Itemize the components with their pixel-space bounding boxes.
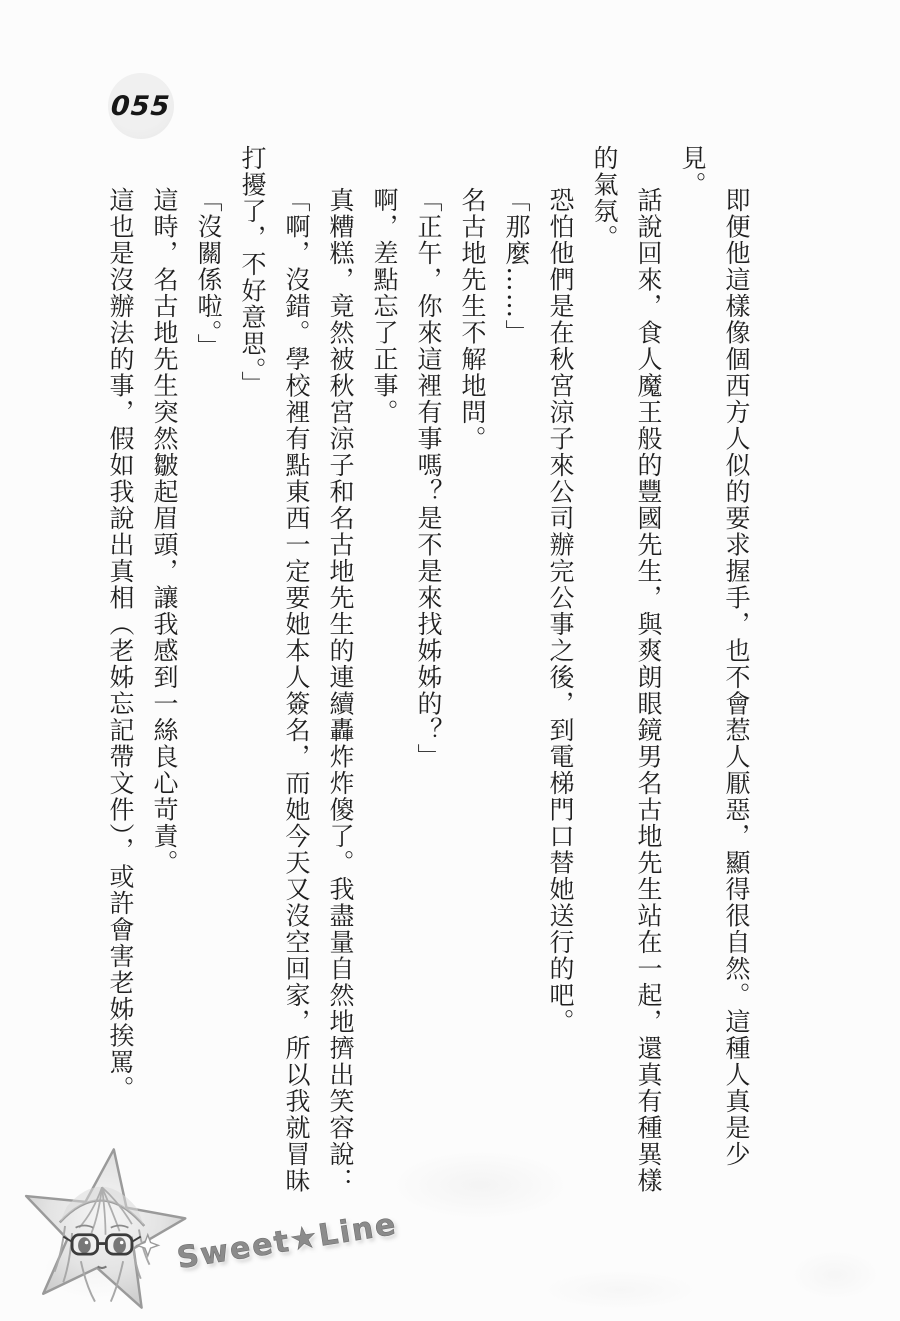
text-column: 恐怕他們是在秋宮涼子來公司辦完公事之後，到電梯門口替她送行的吧。 [538,145,582,1217]
text-column: 「沒關係啦。」 [186,145,230,1217]
book-page: 055 即便他這樣像個西方人似的要求握手，也不會惹人厭惡，顯得很自然。這種人真是… [0,0,900,1321]
text-column: 的氣氛。 [582,145,626,1175]
scan-smudge [790,1250,880,1300]
text-column: 「正午，你來這裡有事嗎？是不是來找姊姊的？」 [406,145,450,1217]
vertical-text-block: 即便他這樣像個西方人似的要求握手，也不會惹人厭惡，顯得很自然。這種人真是少見。話… [98,145,758,1175]
text-column: 打擾了，不好意思。」 [230,145,274,1175]
text-column: 名古地先生不解地問。 [450,145,494,1217]
sweet-line-logo: Sweet★Line [175,1207,400,1276]
text-column: 真糟糕，竟然被秋宮涼子和名古地先生的連續轟炸炸傻了。我盡量自然地擠出笑容說： [318,145,362,1217]
text-column: 這也是沒辦法的事，假如我說出真相（老姊忘記帶文件），或許會害老姊挨罵。 [98,145,142,1217]
text-column: 即便他這樣像個西方人似的要求握手，也不會惹人厭惡，顯得很自然。這種人真是少 [714,145,758,1217]
text-column: 「啊，沒錯。學校裡有點東西一定要她本人簽名，而她今天又沒空回家，所以我就冒昧 [274,145,318,1217]
text-column: 話說回來，食人魔王般的豐國先生，與爽朗眼鏡男名古地先生站在一起，還真有種異樣 [626,145,670,1217]
text-column: 「那麼……」 [494,145,538,1217]
text-column: 見。 [670,145,714,1175]
page-number: 055 [110,91,172,122]
page-number-badge: 055 [108,73,174,139]
scan-smudge [540,1270,700,1310]
text-column: 這時，名古地先生突然皺起眉頭，讓我感到一絲良心苛責。 [142,145,186,1217]
star-character-illustration [14,1143,190,1321]
text-column: 啊，差點忘了正事。 [362,145,406,1217]
